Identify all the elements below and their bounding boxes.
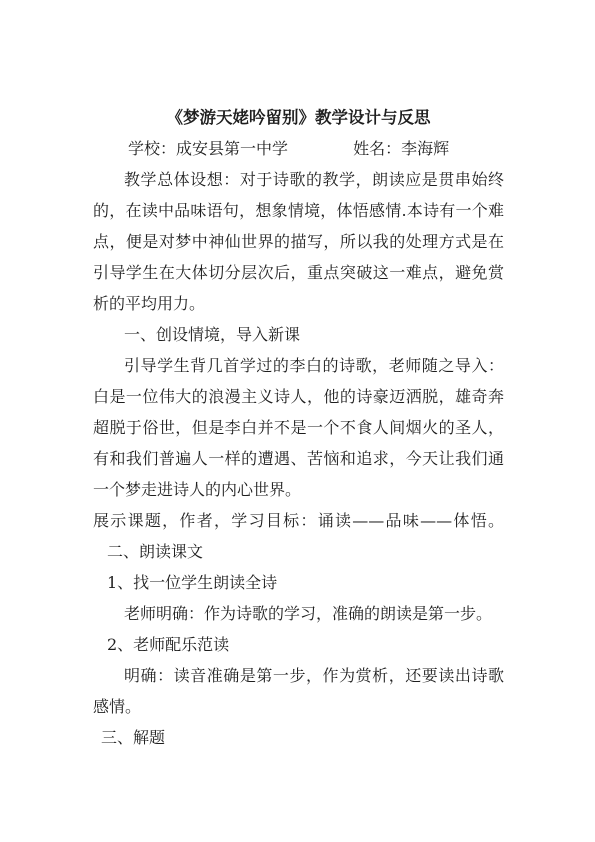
- paragraph-line: 老师明确：作为诗歌的学习，准确的朗读是第一步。: [93, 598, 504, 629]
- numbered-item-2: 2、老师配乐范读: [93, 629, 504, 660]
- numbered-item-1: 1、找一位学生朗读全诗: [93, 567, 504, 598]
- paragraph-line: 超脱于俗世，但是李白并不是一个不食人间烟火的圣人，他: [93, 412, 504, 443]
- paragraph-line: 引导学生在大体切分层次后，重点突破这一难点，避免赏: [93, 257, 504, 288]
- paragraph-line: 白是一位伟大的浪漫主义诗人，他的诗豪迈洒脱，雄奇奔放，: [93, 381, 504, 412]
- section-heading-2: 二、朗读课文: [93, 536, 504, 567]
- paragraph-line: 的，在读中品味语句，想象情境，体悟感情.本诗有一个难: [93, 195, 504, 226]
- section-heading-3: 三、解题: [93, 722, 504, 753]
- paragraph-line: 一个梦走进诗人的内心世界。: [93, 474, 504, 505]
- section-heading-1: 一、创设情境，导入新课: [93, 319, 504, 350]
- paragraph-line: 展示课题，作者，学习目标：诵读——品味——体悟。: [93, 505, 504, 536]
- paragraph-line: 析的平均用力。: [93, 288, 504, 319]
- school-label: 学校：成安县第一中学: [128, 139, 288, 158]
- paragraph-line: 教学总体设想：对于诗歌的教学，朗读应是贯串始终: [93, 164, 504, 195]
- paragraph-line: 点，便是对梦中神仙世界的描写，所以我的处理方式是在: [93, 226, 504, 257]
- teacher-name-label: 姓名：李海辉: [353, 139, 449, 158]
- paragraph-line: 感情。: [93, 691, 504, 722]
- paragraph-line: 有和我们普遍人一样的遭遇、苦恼和追求，今天让我们通过: [93, 443, 504, 474]
- document-content: 《梦游天姥吟留别》教学设计与反思 学校：成安县第一中学 姓名：李海辉 教学总体设…: [93, 102, 504, 753]
- document-title: 《梦游天姥吟留别》教学设计与反思: [93, 102, 504, 133]
- paragraph-line: 引导学生背几首学过的李白的诗歌，老师随之导入：李: [93, 350, 504, 381]
- document-page: 《梦游天姥吟留别》教学设计与反思 学校：成安县第一中学 姓名：李海辉 教学总体设…: [0, 0, 595, 842]
- school-name-line: 学校：成安县第一中学 姓名：李海辉: [93, 133, 504, 164]
- paragraph-line: 明确：读音准确是第一步，作为赏析，还要读出诗歌的: [93, 660, 504, 691]
